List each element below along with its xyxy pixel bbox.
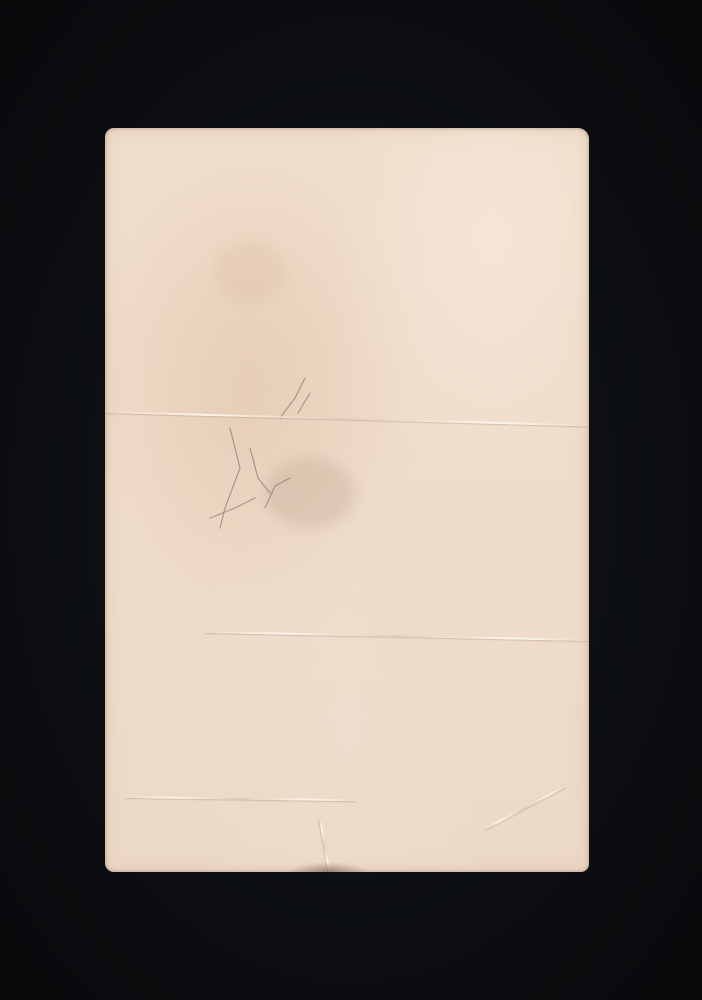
stain (215, 243, 285, 303)
crease (485, 786, 565, 830)
crease (105, 411, 589, 427)
edge-wear (288, 862, 368, 872)
pencil-marks (180, 358, 320, 558)
crease (125, 796, 355, 801)
crease (205, 631, 589, 641)
card-back (105, 128, 589, 872)
